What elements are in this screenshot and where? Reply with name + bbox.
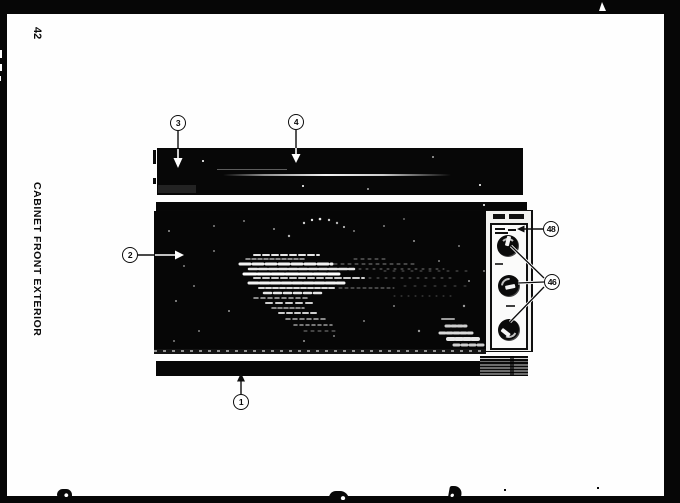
panel-label-marks [495, 228, 505, 230]
callout-badge-3: 3 [170, 115, 186, 131]
callout-badge-46: 46 [544, 274, 560, 290]
reflection-streak [217, 169, 287, 170]
panel-label-marks [506, 305, 515, 307]
page-number: 42 [31, 27, 43, 39]
bottom-trim-panel-photo [156, 361, 528, 376]
scan-artifact-dash [0, 64, 2, 71]
scan-artifact-dash [0, 50, 2, 58]
photo-edge-tick [153, 178, 156, 184]
reflection-streak [223, 174, 451, 176]
scan-dot [597, 487, 599, 489]
panel-label-marks [508, 229, 516, 231]
scan-border-right [664, 0, 680, 503]
scan-artifact-dash [0, 76, 1, 81]
top-trim-panel-photo [157, 148, 523, 195]
scan-dot [504, 489, 506, 491]
callout-badge-1: 1 [233, 394, 249, 410]
door-lower-trim-photo [154, 349, 486, 354]
control-knob-3 [498, 319, 520, 341]
door-window-photo [154, 211, 486, 349]
shading [158, 185, 196, 193]
scan-border-top [0, 0, 680, 14]
callout-badge-48: 48 [543, 221, 559, 237]
page-title: CABINET FRONT EXTERIOR [31, 182, 43, 336]
scanned-manual-page: { "page": { "number": "42", "title": "CA… [0, 0, 680, 503]
control-knob-1 [497, 235, 519, 257]
vent-grille-texture [480, 356, 528, 375]
scan-artifact-arrow [599, 2, 606, 11]
panel-nameplate [488, 213, 528, 220]
clipped-print-fragment [57, 489, 72, 497]
scan-border-left [0, 0, 7, 503]
clipped-print-fragment [329, 491, 349, 500]
control-knob-2 [498, 275, 520, 297]
callout-badge-4: 4 [288, 114, 304, 130]
callout-badge-2: 2 [122, 247, 138, 263]
clipped-print-fragment [448, 486, 463, 497]
control-panel [486, 210, 533, 352]
door-top-trim-photo [156, 202, 527, 211]
panel-face [490, 223, 528, 350]
photo-edge-tick [153, 150, 156, 164]
panel-label-marks [495, 263, 503, 265]
panel-label-marks [495, 232, 508, 234]
